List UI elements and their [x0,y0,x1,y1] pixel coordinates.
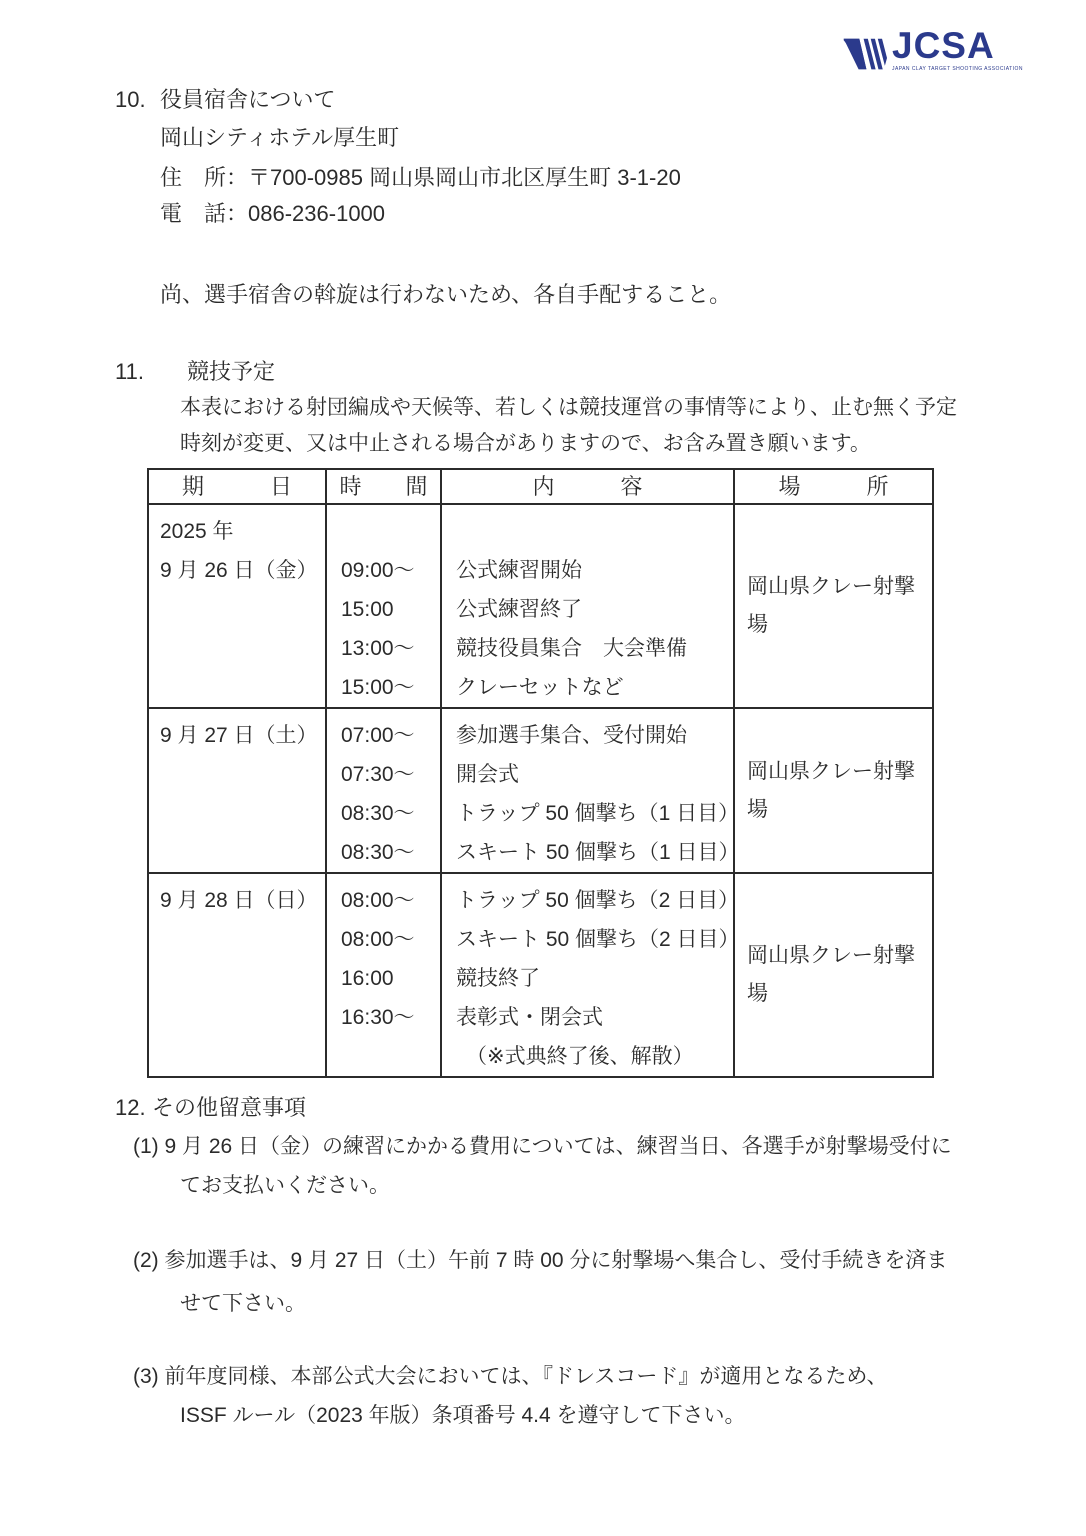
date-line: 2025 年 [160,512,321,551]
place-cell: 岡山県クレー射撃場 [735,505,932,707]
section11-title: 競技予定 [187,358,275,386]
jcsa-logo: JCSA JAPAN CLAY TARGET SHOOTING ASSOCIAT… [843,28,1023,78]
time-line: 16:30～ [341,998,438,1037]
notes-item3-line1: (3) 前年度同様、本部公式大会においては、『ドレスコード』が適用となるため、 [133,1363,888,1391]
section10-number: 10. [115,86,146,114]
content-line: 競技役員集合 大会準備 [456,629,729,668]
date-cell: 9 月 28 日（日） [149,874,327,1076]
time-line: 08:30～ [341,833,438,872]
schedule-row-sep27: 9 月 27 日（土） 07:00～ 07:30～ 08:30～ 08:30～ … [149,709,932,874]
date-line: 9 月 28 日（日） [160,881,321,920]
content-cell: トラップ 50 個撃ち（2 日目） スキート 50 個撃ち（2 日目） 競技終了… [442,874,735,1076]
time-line: 15:00～ [341,668,438,707]
content-line: 公式練習開始 [456,551,729,590]
place-cell: 岡山県クレー射撃場 [735,874,932,1076]
section12-number: 12. [115,1094,146,1122]
col-header-date: 期 日 [149,470,327,503]
date-cell: 2025 年 9 月 26 日（金） [149,505,327,707]
content-line: 表彰式・閉会式 [456,998,729,1037]
time-line: 07:30～ [341,755,438,794]
hotel-name: 岡山シティホテル厚生町 [160,124,399,152]
section11-number: 11. [115,358,144,386]
jcsa-check-mark-icon [843,28,887,78]
col-header-place: 場 所 [735,470,932,503]
time-line: 08:00～ [341,881,438,920]
hotel-address-line: 住 所：〒700-0985 岡山県岡山市北区厚生町 3-1-20 [160,164,681,192]
schedule-caution-line1: 本表における射団編成や天候等、若しくは競技運営の事情等により、止む無く予定 [180,394,957,422]
notes-item1-line1: (1) 9 月 26 日（金）の練習にかかる費用については、練習当日、各選手が射… [133,1133,952,1161]
content-line [456,512,729,551]
content-line: 参加選手集合、受付開始 [456,716,729,755]
time-line: 09:00～ [341,551,438,590]
lodging-note: 尚、選手宿舎の斡旋は行わないため、各自手配すること。 [160,281,731,309]
phone-value: 086-236-1000 [248,201,385,226]
section12-title: その他留意事項 [152,1094,306,1122]
jcsa-acronym: JCSA [892,28,1023,64]
address-label: 住 所： [160,165,248,190]
time-line: 15:00 [341,590,438,629]
time-line: 13:00～ [341,629,438,668]
time-cell: 07:00～ 07:30～ 08:30～ 08:30～ [327,709,442,872]
content-cell: 公式練習開始 公式練習終了 競技役員集合 大会準備 クレーセットなど [442,505,735,707]
content-line: クレーセットなど [456,668,729,707]
date-cell: 9 月 27 日（土） [149,709,327,872]
content-line: スキート 50 個撃ち（1 日目） [456,833,729,872]
content-line: 公式練習終了 [456,590,729,629]
hotel-phone-line: 電 話：086-236-1000 [160,200,385,228]
notes-item1-line2: てお支払いください。 [180,1172,390,1200]
notes-item3-line2: ISSF ルール（2023 年版）条項番号 4.4 を遵守して下さい。 [180,1402,746,1430]
notes-item2-line2: せて下さい。 [180,1290,306,1318]
jcsa-subtitle: JAPAN CLAY TARGET SHOOTING ASSOCIATION [892,66,1023,72]
date-line: 9 月 26 日（金） [160,551,321,590]
time-line: 08:30～ [341,794,438,833]
col-header-time: 時 間 [327,470,442,503]
time-line [341,512,438,551]
schedule-caution-line2: 時刻が変更、又は中止される場合がありますので、お含み置き願います。 [180,430,871,458]
time-line: 16:00 [341,959,438,998]
document-page: JCSA JAPAN CLAY TARGET SHOOTING ASSOCIAT… [0,0,1086,1536]
place-cell: 岡山県クレー射撃場 [735,709,932,872]
content-line: スキート 50 個撃ち（2 日目） [456,920,729,959]
schedule-header-row: 期 日 時 間 内 容 場 所 [149,470,932,505]
schedule-table: 期 日 時 間 内 容 場 所 2025 年 9 月 26 日（金） 09:00… [147,468,934,1078]
schedule-row-sep26: 2025 年 9 月 26 日（金） 09:00～ 15:00 13:00～ 1… [149,505,932,709]
time-line: 07:00～ [341,716,438,755]
phone-label: 電 話： [160,201,248,226]
content-line: トラップ 50 個撃ち（2 日目） [456,881,729,920]
time-line: 08:00～ [341,920,438,959]
content-line: （※式典終了後、解散） [456,1037,729,1076]
time-cell: 09:00～ 15:00 13:00～ 15:00～ [327,505,442,707]
notes-item2-line1: (2) 参加選手は、9 月 27 日（土）午前 7 時 00 分に射撃場へ集合し… [133,1247,947,1275]
content-line: トラップ 50 個撃ち（1 日目） [456,794,729,833]
section10-title: 役員宿舎について [160,86,336,114]
content-line: 開会式 [456,755,729,794]
schedule-row-sep28: 9 月 28 日（日） 08:00～ 08:00～ 16:00 16:30～ ト… [149,874,932,1076]
address-value: 〒700-0985 岡山県岡山市北区厚生町 3-1-20 [248,165,681,190]
time-cell: 08:00～ 08:00～ 16:00 16:30～ [327,874,442,1076]
col-header-content: 内 容 [442,470,735,503]
date-line: 9 月 27 日（土） [160,716,321,755]
content-line: 競技終了 [456,959,729,998]
content-cell: 参加選手集合、受付開始 開会式 トラップ 50 個撃ち（1 日目） スキート 5… [442,709,735,872]
